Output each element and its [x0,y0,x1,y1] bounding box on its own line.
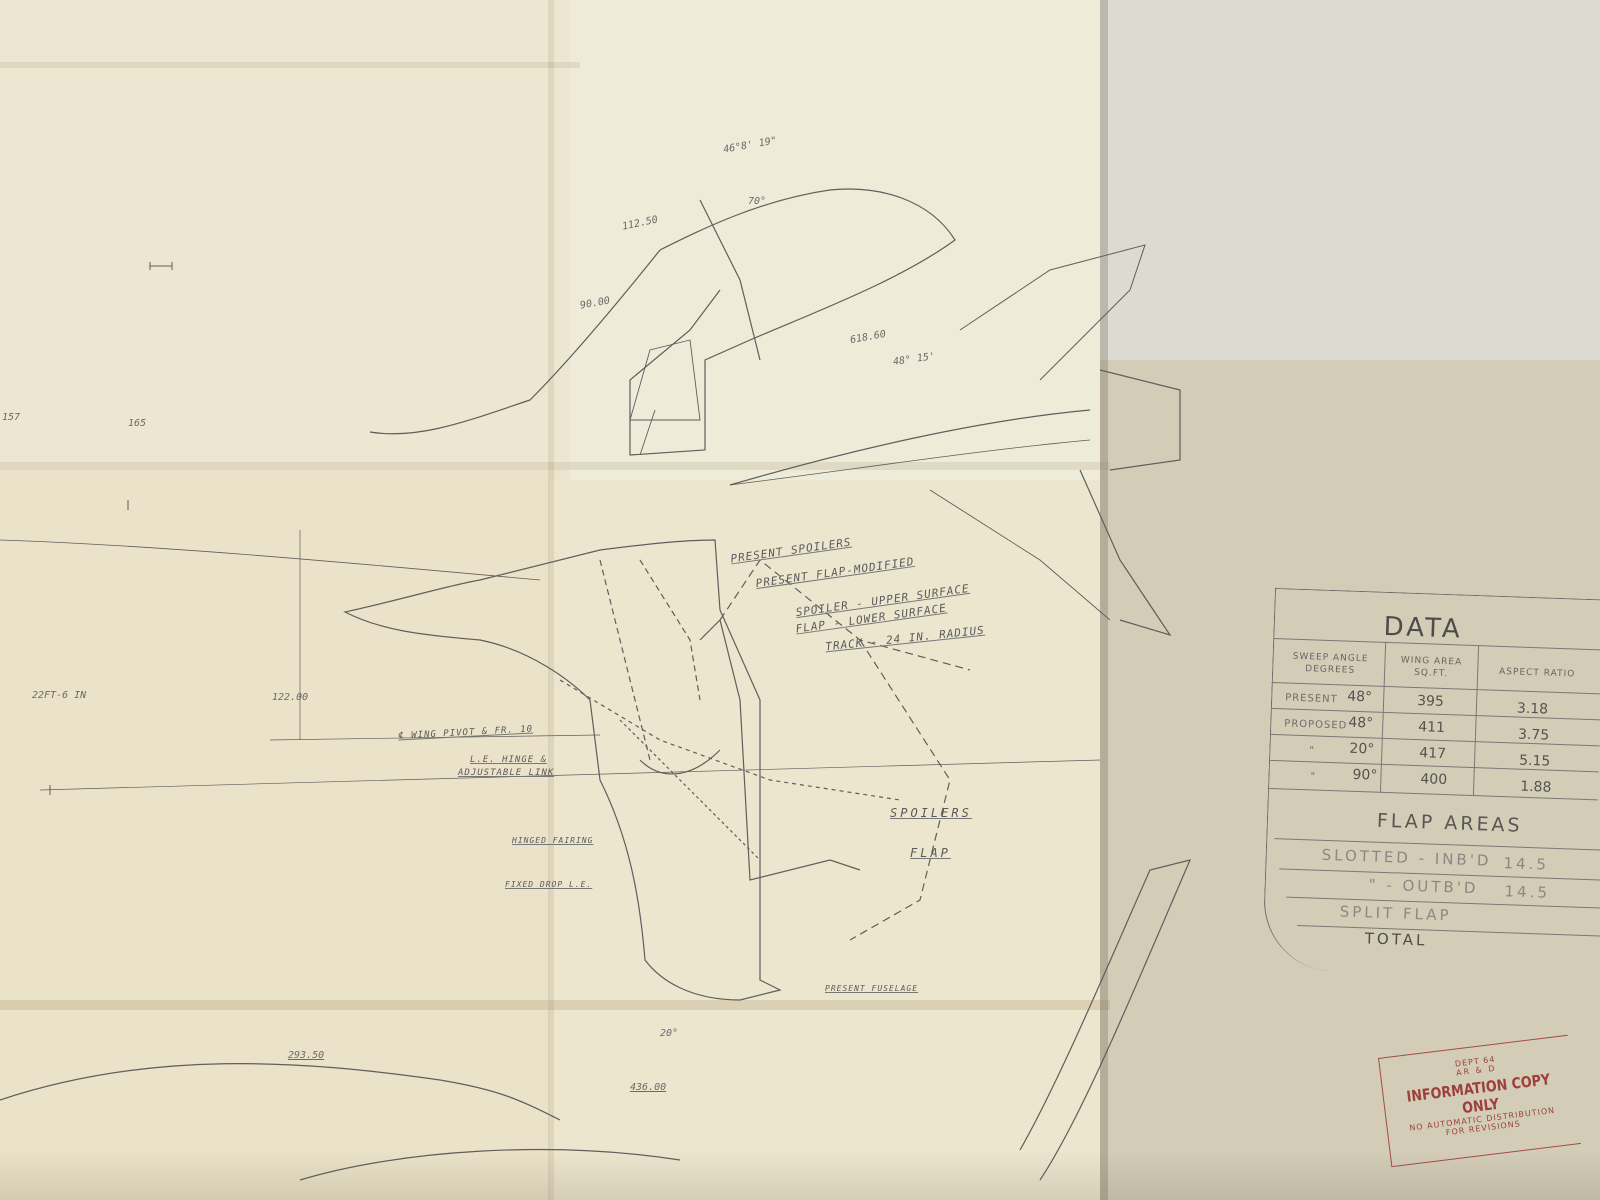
row-area: 411 [1418,719,1445,736]
dimension-label: 165 [128,418,146,429]
data-table: DATA SWEEP ANGLE DEGREES WING AREA SQ.FT… [1261,588,1600,999]
header-sweep-angle: SWEEP ANGLE DEGREES [1278,650,1383,678]
row-sweep: 48° [1348,715,1373,732]
flap-row-value: 14.5 [1503,854,1549,874]
flap-row-label: " - OUTB'D [1368,875,1478,897]
dimension-label: 70° [748,196,766,207]
information-copy-stamp: DEPT 64 AR & D INFORMATION COPY ONLY NO … [1378,1035,1581,1167]
callout-flap: FLAP [910,846,951,860]
callout-present-fillet: PRESENT FUSELAGE [825,984,918,993]
row-label: PROPOSED [1284,718,1347,731]
callout-adjustable-link: ADJUSTABLE LINK [458,768,554,778]
row-label: " [1309,745,1315,756]
row-aspect: 3.18 [1517,701,1549,718]
dimension-label: 436.00 [630,1082,666,1093]
row-label: " [1310,771,1316,782]
dimension-label: 157 [2,412,20,423]
row-aspect: 5.15 [1519,753,1551,770]
row-sweep: 48° [1347,689,1372,706]
callout-fixed-drop-le: FIXED DROP L.E. [505,880,592,889]
row-area: 400 [1420,771,1447,788]
row-aspect: 3.75 [1518,727,1550,744]
photo-shadow [0,1150,1600,1200]
table-title: DATA [1383,612,1463,645]
callout-spoilers: SPOILERS [890,806,972,820]
row-area: 395 [1417,693,1444,710]
flap-row-total: TOTAL [1365,929,1428,949]
flap-row-label: SPLIT FLAP [1339,902,1451,924]
header-wing-area: WING AREA SQ.FT. [1388,654,1475,681]
row-aspect: 1.88 [1520,779,1552,796]
row-label: PRESENT [1285,692,1338,705]
dimension-label: 293.50 [288,1050,324,1061]
callout-le-hinge: L.E. HINGE & [470,755,547,765]
row-sweep: 90° [1352,767,1377,784]
dimension-label: 22FT-6 IN [32,690,86,701]
row-area: 417 [1419,745,1446,762]
row-sweep: 20° [1349,741,1374,758]
callout-hinged-fairing: HINGED FAIRING [512,836,593,845]
dimension-label: 122.00 [272,692,308,703]
flap-row-value: 14.5 [1504,882,1550,902]
dimension-label: 20° [660,1028,678,1039]
